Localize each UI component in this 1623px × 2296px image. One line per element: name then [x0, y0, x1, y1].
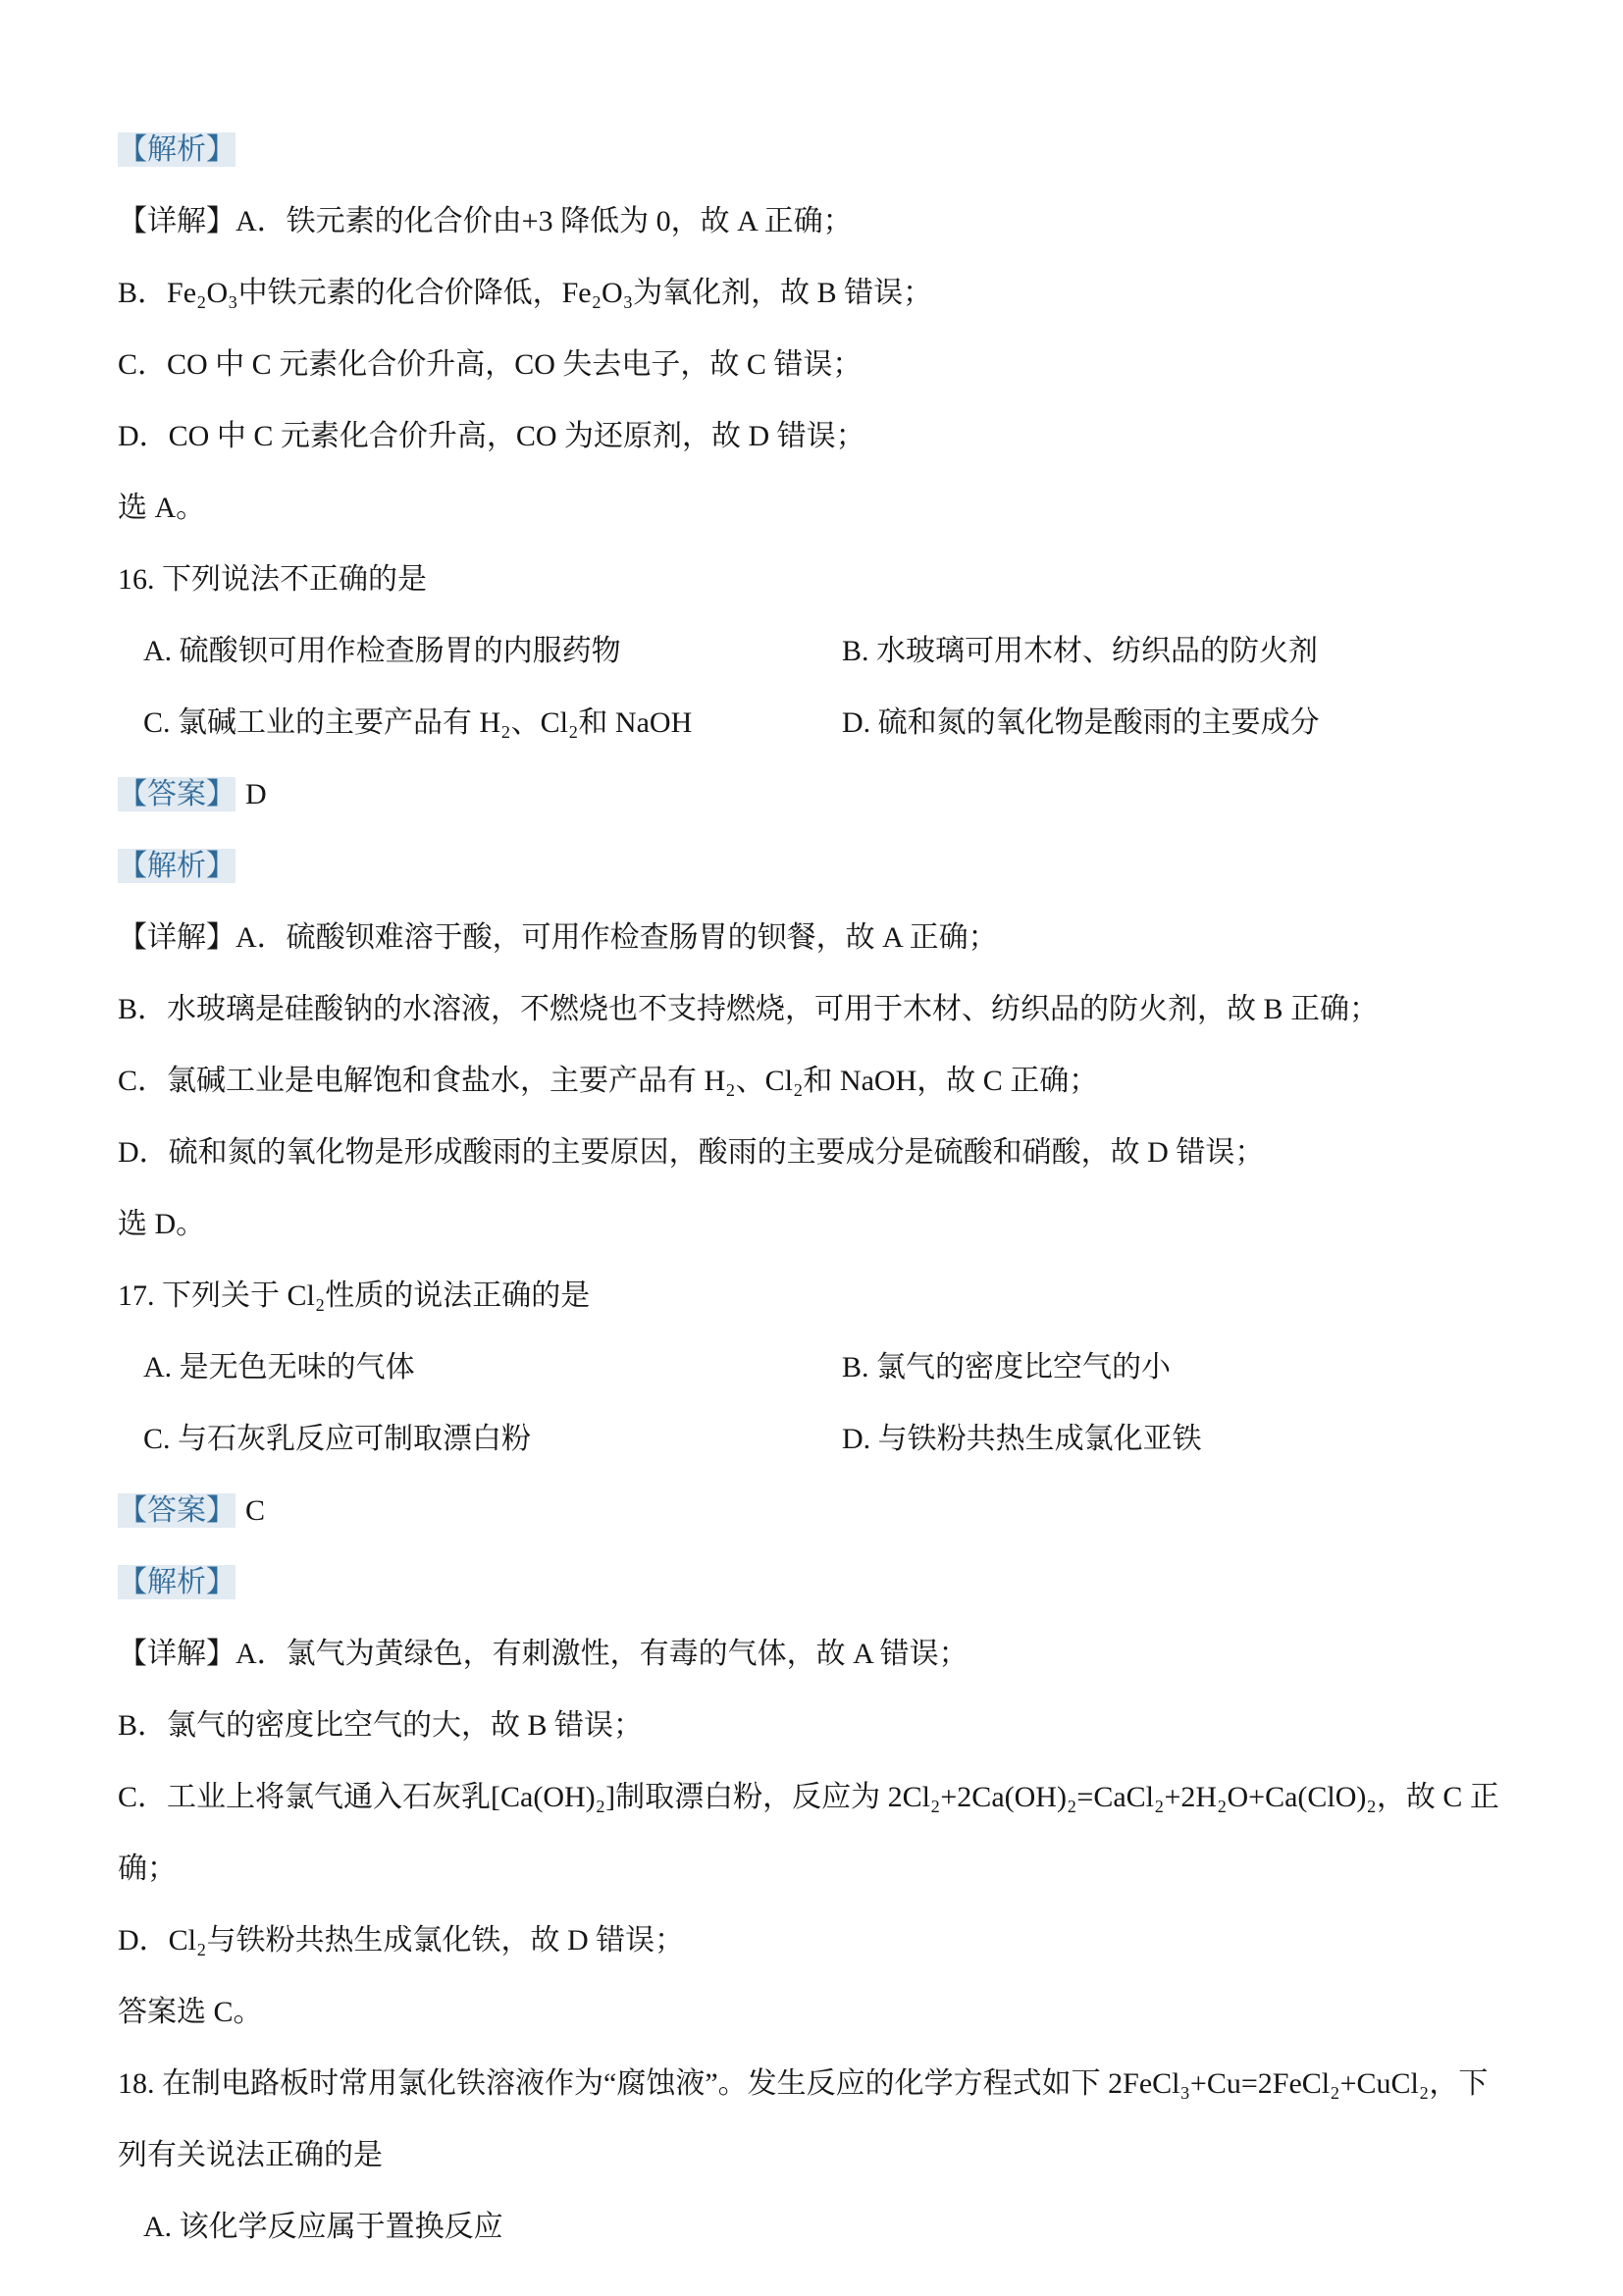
q15-analysis-label: 【解析】: [118, 132, 236, 167]
q17-option-c: C. 与石灰乳反应可制取漂白粉: [143, 1403, 842, 1475]
q16-option-a: A. 硫酸钡可用作检查肠胃的内服药物: [143, 615, 842, 687]
q16-detail-d: D．硫和氮的氧化物是形成酸雨的主要原因，酸雨的主要成分是硫酸和硝酸，故 D 错误…: [118, 1117, 1525, 1188]
q17-option-a: A. 是无色无味的气体: [143, 1331, 842, 1403]
q16-answer-value: D: [245, 778, 267, 810]
q16-detail-b: B．水玻璃是硅酸钠的水溶液，不燃烧也不支持燃烧，可用于木材、纺织品的防火剂，故 …: [118, 973, 1525, 1045]
q18-option-row: A. 该化学反应属于置换反应: [118, 2191, 1525, 2263]
q15-analysis-line: 【解析】: [118, 114, 1525, 185]
q16-analysis-line: 【解析】: [118, 830, 1525, 902]
q15-conclusion: 选 A。: [118, 472, 1525, 544]
q17-option-b: B. 氯气的密度比空气的小: [842, 1331, 1171, 1403]
q17-answer-line: 【答案】C: [118, 1475, 1525, 1546]
document-page: 【解析】 【详解】A．铁元素的化合价由+3 降低为 0，故 A 正确； B．Fe…: [0, 0, 1623, 2296]
q18-option-a: A. 该化学反应属于置换反应: [143, 2191, 503, 2263]
q17-stem: 17. 下列关于 Cl₂性质的说法正确的是: [118, 1260, 1525, 1331]
q17-detail-a: 【详解】A．氯气为黄绿色，有刺激性，有毒的气体，故 A 错误；: [118, 1618, 1525, 1690]
q15-detail-d: D．CO 中 C 元素化合价升高，CO 为还原剂，故 D 错误；: [118, 400, 1525, 472]
q17-option-d: D. 与铁粉共热生成氯化亚铁: [842, 1403, 1202, 1475]
q16-answer-line: 【答案】D: [118, 758, 1525, 830]
q16-options-row-2: C. 氯碱工业的主要产品有 H₂、Cl₂和 NaOH D. 硫和氮的氧化物是酸雨…: [118, 687, 1525, 758]
q18-stem-line1: 18. 在制电路板时常用氯化铁溶液作为“腐蚀液”。发生反应的化学方程式如下 2F…: [118, 2048, 1525, 2119]
q16-conclusion: 选 D。: [118, 1188, 1525, 1260]
q17-detail-d: D．Cl₂与铁粉共热生成氯化铁，故 D 错误；: [118, 1905, 1525, 1976]
q17-conclusion: 答案选 C。: [118, 1976, 1525, 2048]
q17-detail-b: B．氯气的密度比空气的大，故 B 错误；: [118, 1690, 1525, 1761]
q17-options-row-2: C. 与石灰乳反应可制取漂白粉 D. 与铁粉共热生成氯化亚铁: [118, 1403, 1525, 1475]
q17-answer-label: 【答案】: [118, 1493, 236, 1528]
q16-detail-a: 【详解】A．硫酸钡难溶于酸，可用作检查肠胃的钡餐，故 A 正确；: [118, 902, 1525, 973]
q16-option-c: C. 氯碱工业的主要产品有 H₂、Cl₂和 NaOH: [143, 687, 842, 758]
q16-answer-label: 【答案】: [118, 777, 236, 811]
q17-options-row-1: A. 是无色无味的气体 B. 氯气的密度比空气的小: [118, 1331, 1525, 1403]
q15-detail-a: 【详解】A．铁元素的化合价由+3 降低为 0，故 A 正确；: [118, 185, 1525, 257]
q16-analysis-label: 【解析】: [118, 849, 236, 883]
q15-detail-c: C．CO 中 C 元素化合价升高，CO 失去电子，故 C 错误；: [118, 329, 1525, 400]
q17-detail-c-line1: C．工业上将氯气通入石灰乳[Ca(OH)₂]制取漂白粉，反应为 2Cl₂+2Ca…: [118, 1761, 1525, 1833]
q17-detail-c-line2: 确；: [118, 1833, 1525, 1905]
q16-option-d: D. 硫和氮的氧化物是酸雨的主要成分: [842, 687, 1320, 758]
q15-detail-b: B．Fe₂O₃中铁元素的化合价降低，Fe₂O₃为氧化剂，故 B 错误；: [118, 257, 1525, 329]
q17-analysis-label: 【解析】: [118, 1565, 236, 1599]
q16-options-row-1: A. 硫酸钡可用作检查肠胃的内服药物 B. 水玻璃可用木材、纺织品的防火剂: [118, 615, 1525, 687]
q16-stem: 16. 下列说法不正确的是: [118, 544, 1525, 615]
q16-detail-c: C．氯碱工业是电解饱和食盐水，主要产品有 H₂、Cl₂和 NaOH，故 C 正确…: [118, 1045, 1525, 1117]
q17-answer-value: C: [245, 1494, 265, 1527]
q18-stem-line2: 列有关说法正确的是: [118, 2119, 1525, 2191]
q16-option-b: B. 水玻璃可用木材、纺织品的防火剂: [842, 615, 1318, 687]
q17-analysis-line: 【解析】: [118, 1546, 1525, 1618]
